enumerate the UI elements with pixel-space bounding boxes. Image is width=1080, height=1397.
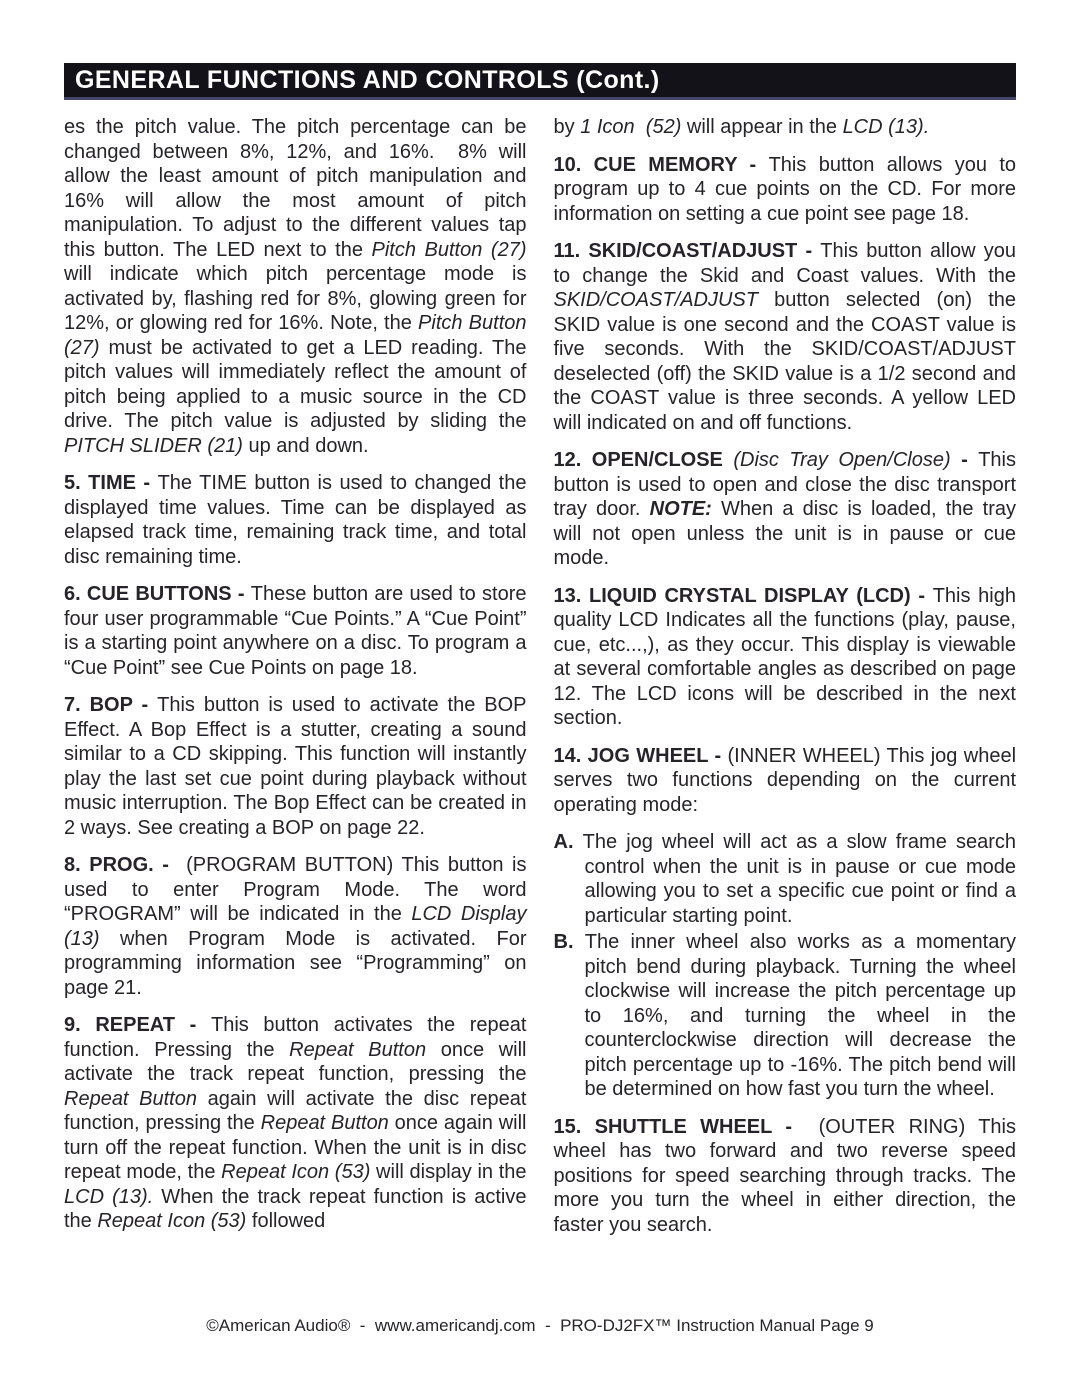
text-run: 14. JOG WHEEL - xyxy=(554,745,728,767)
text-run: 6. CUE BUTTONS - xyxy=(64,583,251,605)
text-run: 5. TIME - xyxy=(64,472,158,494)
text-run: SKID/COAST/ADJUST xyxy=(554,289,758,311)
text-run: 13. LIQUID CRYSTAL DISPLAY (LCD) - xyxy=(554,585,933,607)
page-footer: ©American Audio® - www.americandj.com - … xyxy=(0,1316,1080,1336)
left-column: es the pitch value. The pitch percentage… xyxy=(64,115,527,1247)
text-run: Repeat Button xyxy=(289,1039,426,1061)
text-run: 9. REPEAT - xyxy=(64,1014,211,1036)
paragraph-13-liquid-crystal-display: 13. LIQUID CRYSTAL DISPLAY (LCD) - This … xyxy=(554,584,1017,731)
text-run: Repeat Icon (53) xyxy=(97,1210,246,1232)
paragraph-11-skid-coast-adjust: 11. SKID/COAST/ADJUST - This button allo… xyxy=(554,239,1017,435)
text-run: will appear in the xyxy=(681,116,842,138)
text-run: by xyxy=(554,116,581,138)
paragraph-pitch-percentage-continuation: es the pitch value. The pitch percentage… xyxy=(64,115,527,458)
text-run: Pitch Button (27) xyxy=(372,239,527,261)
text-run: 15. SHUTTLE WHEEL - xyxy=(554,1116,806,1138)
text-run: LCD (13). xyxy=(843,116,930,138)
paragraph-7-bop: 7. BOP - This button is used to activate… xyxy=(64,693,527,840)
text-run: Repeat Icon (53) xyxy=(221,1161,370,1183)
text-run: 12. OPEN/CLOSE xyxy=(554,449,734,471)
text-run: must be activated to get a LED reading. … xyxy=(64,337,527,433)
text-run: - xyxy=(951,449,979,471)
text-run: up and down. xyxy=(243,435,369,457)
text-run: 11. SKID/COAST/ADJUST - xyxy=(554,240,821,262)
text-run: followed xyxy=(246,1210,325,1232)
paragraph-14-jog-wheel: 14. JOG WHEEL - (INNER WHEEL) This jog w… xyxy=(554,744,1017,818)
list-marker: B. xyxy=(554,931,585,953)
paragraph-jog-wheel-item-b: B. The inner wheel also works as a momen… xyxy=(554,930,1017,1102)
right-column: by 1 Icon (52) will appear in the LCD (1… xyxy=(554,115,1017,1250)
paragraph-12-open-close: 12. OPEN/CLOSE (Disc Tray Open/Close) - … xyxy=(554,448,1017,571)
section-header-bar: GENERAL FUNCTIONS AND CONTROLS (Cont.) xyxy=(64,63,1016,100)
page-title: GENERAL FUNCTIONS AND CONTROLS (Cont.) xyxy=(75,66,660,95)
manual-page: GENERAL FUNCTIONS AND CONTROLS (Cont.) e… xyxy=(0,0,1080,1397)
footer-text: ©American Audio® - www.americandj.com - … xyxy=(206,1316,874,1335)
text-run: The jog wheel will act as a slow frame s… xyxy=(583,831,1016,927)
text-run: 10. CUE MEMORY - xyxy=(554,154,769,176)
text-run: will display in the xyxy=(370,1161,526,1183)
paragraph-8-prog: 8. PROG. - (PROGRAM BUTTON) This button … xyxy=(64,853,527,1000)
text-run: 8. PROG. - xyxy=(64,854,178,876)
text-run: Repeat Button xyxy=(64,1088,197,1110)
list-marker: A. xyxy=(554,831,583,853)
paragraph-6-cue-buttons: 6. CUE BUTTONS - These button are used t… xyxy=(64,582,527,680)
paragraph-9-repeat: 9. REPEAT - This button activates the re… xyxy=(64,1013,527,1234)
text-run: Repeat Button xyxy=(261,1112,389,1134)
paragraph-5-time: 5. TIME - The TIME button is used to cha… xyxy=(64,471,527,569)
content-columns: es the pitch value. The pitch percentage… xyxy=(64,115,1016,1250)
text-run: 1 Icon (52) xyxy=(580,116,681,138)
paragraph-15-shuttle-wheel: 15. SHUTTLE WHEEL - (OUTER RING) This wh… xyxy=(554,1115,1017,1238)
paragraph-10-cue-memory: 10. CUE MEMORY - This button allows you … xyxy=(554,153,1017,227)
text-run: NOTE: xyxy=(650,498,712,520)
paragraph-jog-wheel-item-a: A. The jog wheel will act as a slow fram… xyxy=(554,830,1017,928)
text-run: (Disc Tray Open/Close) xyxy=(733,449,950,471)
text-run: when Program Mode is activated. For prog… xyxy=(64,928,527,999)
text-run: 7. BOP - xyxy=(64,694,157,716)
text-run: PITCH SLIDER (21) xyxy=(64,435,243,457)
text-run: LCD (13). xyxy=(64,1186,153,1208)
text-run: The inner wheel also works as a momentar… xyxy=(585,931,1017,1100)
paragraph-9-repeat-continuation: by 1 Icon (52) will appear in the LCD (1… xyxy=(554,115,1017,140)
